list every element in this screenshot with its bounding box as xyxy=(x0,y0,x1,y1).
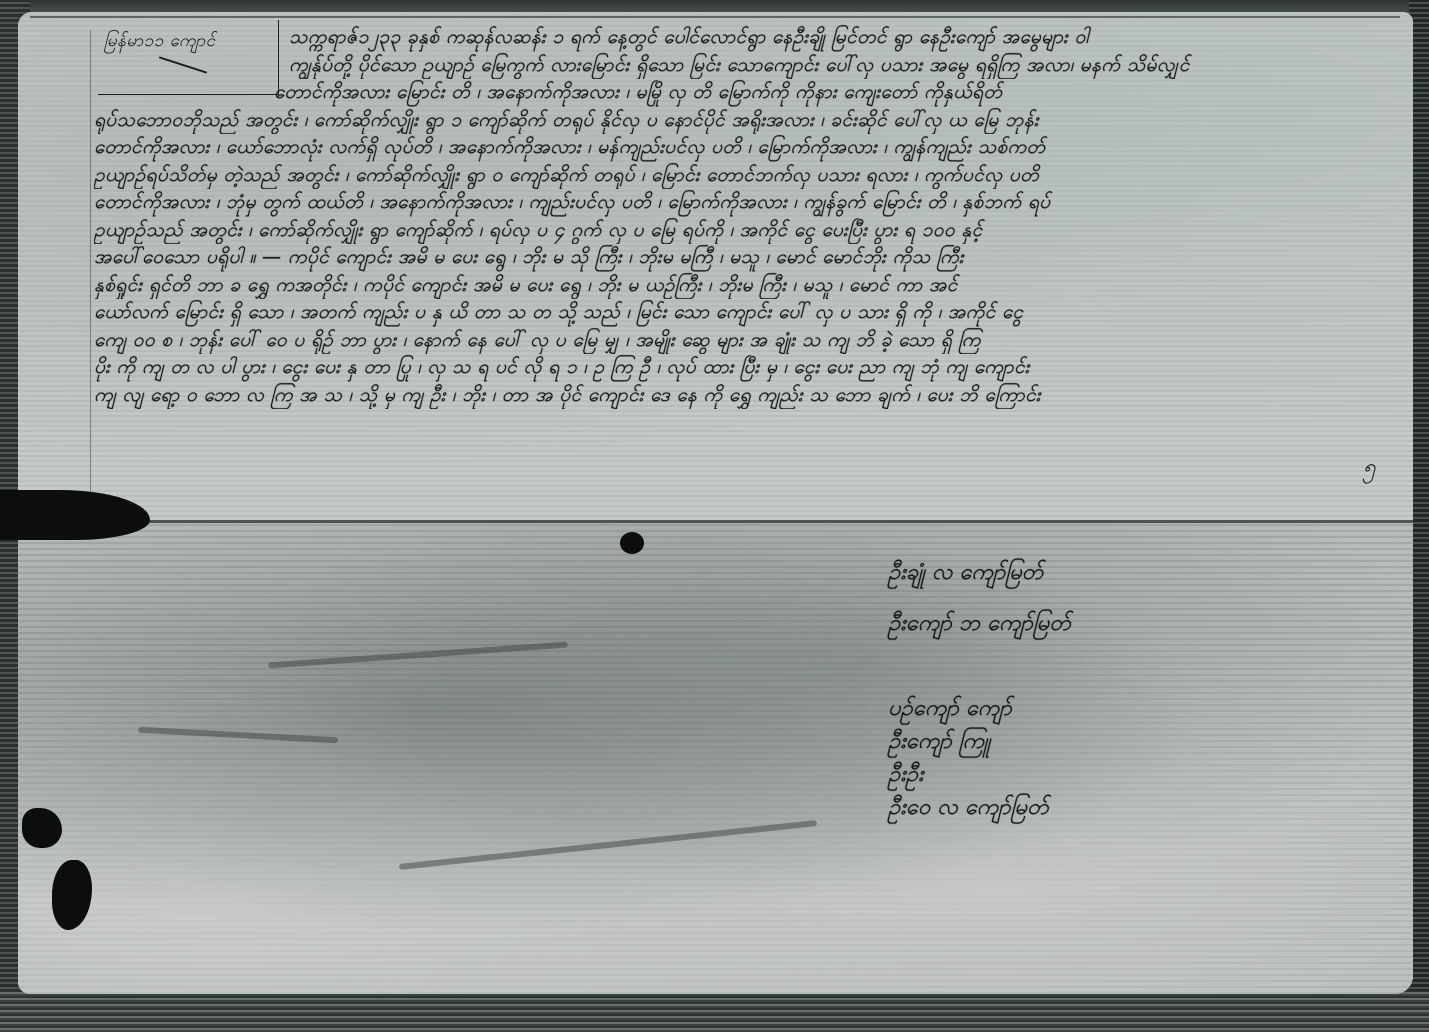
text-line: နှစ်ရှုင်း ရှင်တိ ဘာ ခ ရွှေ ကအတိုင်း ၊ က… xyxy=(94,272,1394,300)
signature-line: ဦးကျော် ဘ ကျော်မြတ် xyxy=(888,608,1148,641)
signature-line: ဦးဝေ လ ကျော်မြတ် xyxy=(888,792,1148,825)
edge-stain xyxy=(22,808,62,848)
text-line: ပိုး ကို ကျ တ လ ပါ ပွား ၊ ငွေး ပေး နှ တာ… xyxy=(94,354,1394,382)
text-line: သက္ကရာဇ်၁၂၃၃ ခုနှစ် ကဆုန်လဆန်း ၁ ရက် နေ့… xyxy=(94,24,1394,52)
signature-line: ဦးချုံ လ ကျော်မြတ် xyxy=(888,557,1148,590)
ink-blot xyxy=(620,532,644,554)
background-bottom xyxy=(0,990,1429,1032)
text-line xyxy=(94,409,1394,437)
signature-gap xyxy=(888,641,1148,681)
left-margin-rule xyxy=(90,30,91,500)
manuscript-body: သက္ကရာဇ်၁၂၃၃ ခုနှစ် ကဆုန်လဆန်း ၁ ရက် နေ့… xyxy=(94,24,1394,437)
signature-line: ပဉ်ကျော် ကျော် xyxy=(888,693,1148,726)
text-line: တောင်ကိုအလား ၊ ဘုံမှ တွက် ထယ်တိ ၊ အနောက်… xyxy=(94,189,1394,217)
signature-line: ဦးကျော် ကြူ xyxy=(888,726,1148,759)
top-border-rule xyxy=(30,16,1400,18)
text-line: ကျေ ၀၀ စ ၊ ဘုန်း ပေါ် ဝေ ပ ရိုဉ် ဘာ ပွား… xyxy=(94,327,1394,355)
fold-crease xyxy=(18,520,1413,523)
manuscript-leaf: မြန်မာ၁၁ ကျောင် သက္ကရာဇ်၁၂၃၃ ခုနှစ် ကဆုန… xyxy=(18,12,1413,994)
text-line: တောင်ကိုအလား ၊ ယော်ဘောလုံး လက်ရှိ လုပ်တိ… xyxy=(94,134,1394,162)
text-line: ရုပ်သဘောဝဘိုသည် အတွင်း ၊ ကော်ဆိုက်လျှိုး… xyxy=(94,107,1394,135)
text-line: ဥယျာဉ်သည် အတွင်း ၊ ကော်ဆိုက်လျှိုး ရွာ က… xyxy=(94,217,1394,245)
signature-line: ဦးဦး xyxy=(888,759,1148,792)
text-line: ယော်လက် မြောင်း ရှိ သော ၊ အတက် ကျည်း ပ န… xyxy=(94,299,1394,327)
text-line: ဥယျာဉ်ရပ်သိတ်မှ တဲ့သည် အတွင်း ၊ ကော်ဆိုက… xyxy=(94,162,1394,190)
text-line: အပေါ်ဝေသော ပရိုပါ ။ — ကပိုင် ကျောင်း အမိ… xyxy=(94,244,1394,272)
text-line: ကျွန်ုပ်တို့ ပိုင်သော ဥယျာဉ် မြေကွက် လား… xyxy=(94,52,1394,80)
text-line: တောင်ကိုအလား မြောင်း တိ ၊ အနောက်ကိုအလား … xyxy=(94,79,1394,107)
page-mark: ၅ xyxy=(1363,452,1375,485)
text-line: ကျ လျ ရော့ ဝ ဘော လ ကြ အ သ ၊ သို့ မှ ကျ ဦ… xyxy=(94,382,1394,410)
leaf-lower-panel xyxy=(18,522,1413,994)
signature-block: ဦးချုံ လ ကျော်မြတ် ဦးကျော် ဘ ကျော်မြတ် ပ… xyxy=(888,557,1148,825)
